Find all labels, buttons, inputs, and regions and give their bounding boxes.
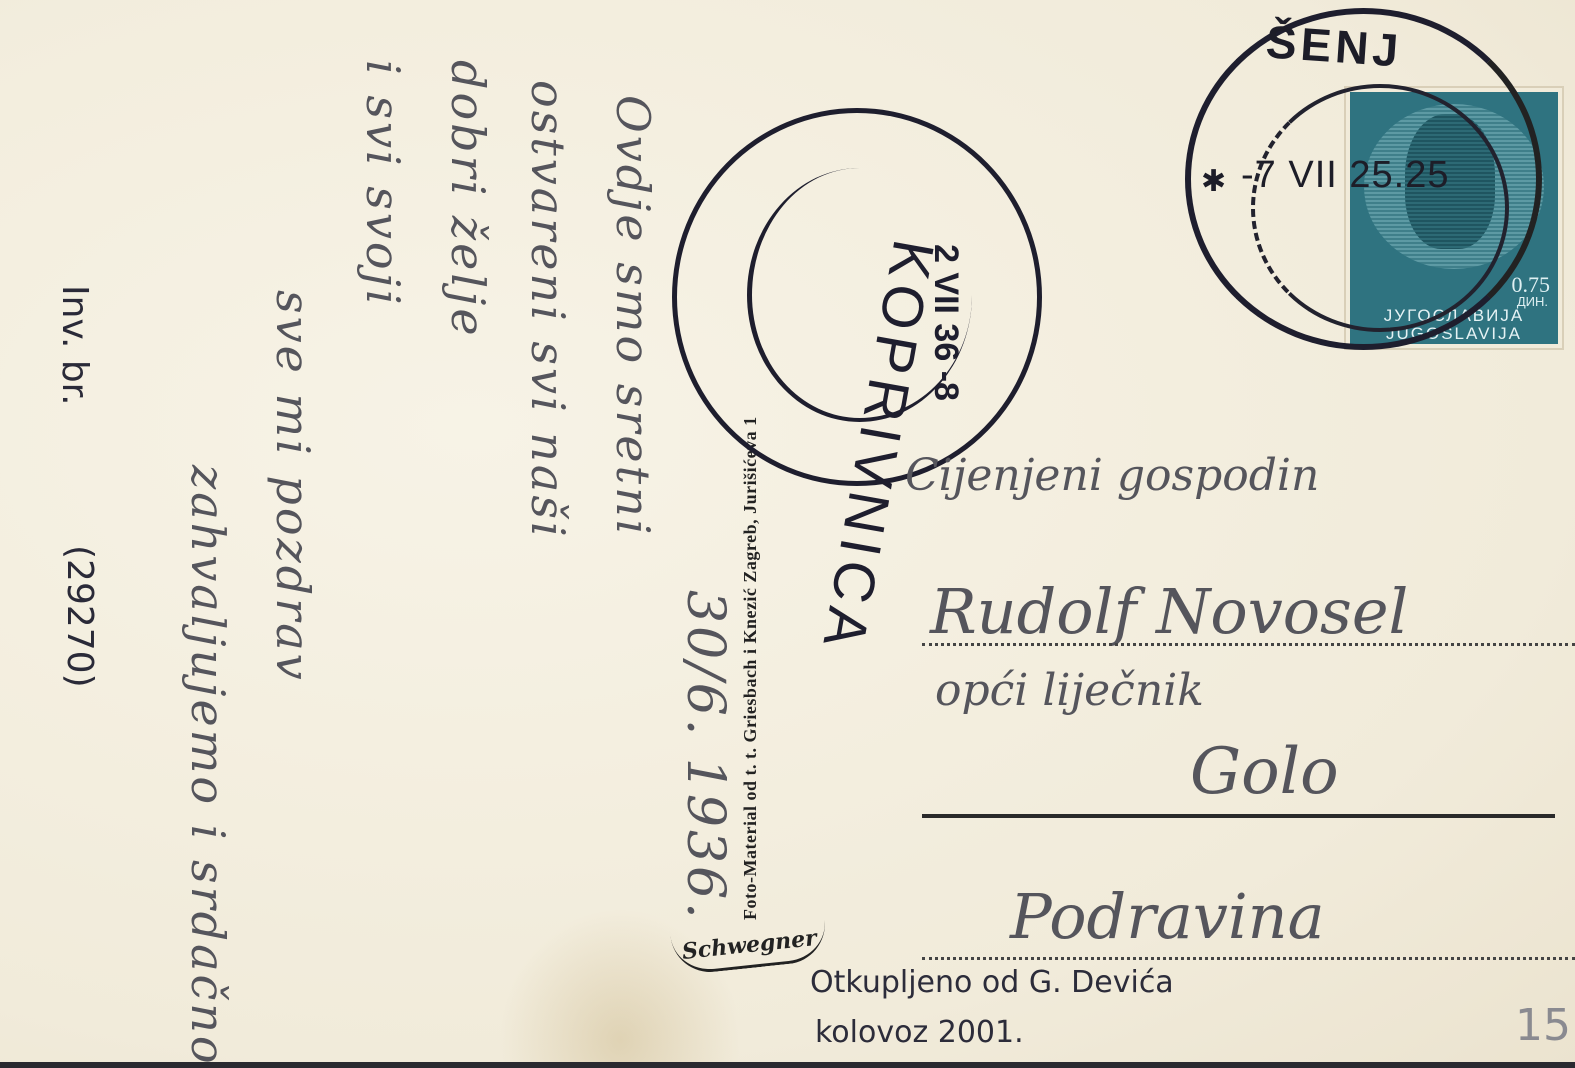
postcard-back: Inv. br. (29270) Ovdje smo sretni ostvar…: [0, 0, 1575, 1068]
address-title: opći liječnik: [935, 665, 1204, 716]
postmark-date: -7 VII 25.25: [1241, 154, 1449, 197]
postmark-inner-ring: [1251, 84, 1509, 332]
inventory-label: Inv. br.: [54, 285, 95, 406]
address-line-2: [922, 814, 1555, 818]
postmark-senj: ŠENJ ✱ -7 VII 25.25: [1185, 8, 1542, 350]
address-region: Podravina: [1010, 880, 1325, 953]
printer-logo: Schwegner: [670, 917, 829, 976]
message-line-1: Ovdje smo sretni: [606, 95, 660, 537]
address-city: Golo: [1190, 735, 1339, 809]
message-line-6: zahvaljujemo i srdačno: [181, 465, 235, 1067]
acquisition-note-line-1: Otkupljeno od G. Devića: [810, 965, 1174, 1000]
message-line-3: dobri želje: [441, 60, 495, 339]
inventory-number: (29270): [59, 545, 100, 688]
address-line-1: [922, 643, 1575, 646]
address-name: Rudolf Novosel: [930, 575, 1408, 648]
acquisition-note-line-2: kolovoz 2001.: [815, 1015, 1024, 1050]
star-icon: ✱: [1201, 164, 1226, 199]
page-number: 15: [1515, 1000, 1571, 1051]
postmark-place: ŠENJ: [1264, 14, 1404, 77]
message-line-4: i svi svoji: [356, 60, 410, 308]
printed-imprint: Foto-Material od t. t. Griesbach i Knezi…: [740, 416, 761, 920]
message-line-2: ostvareni svi naši: [521, 80, 575, 540]
message-date: 30/6. 1936.: [675, 590, 735, 922]
address-line-3: [922, 957, 1575, 960]
message-line-5: sve mi pozdrav: [266, 290, 320, 683]
address-salutation: Cijenjeni gospodin: [905, 450, 1319, 501]
postmark-koprivnica: 2 VII 36 -8 KOPRIVNICA: [672, 108, 1042, 486]
card-edge: [0, 1062, 1575, 1068]
